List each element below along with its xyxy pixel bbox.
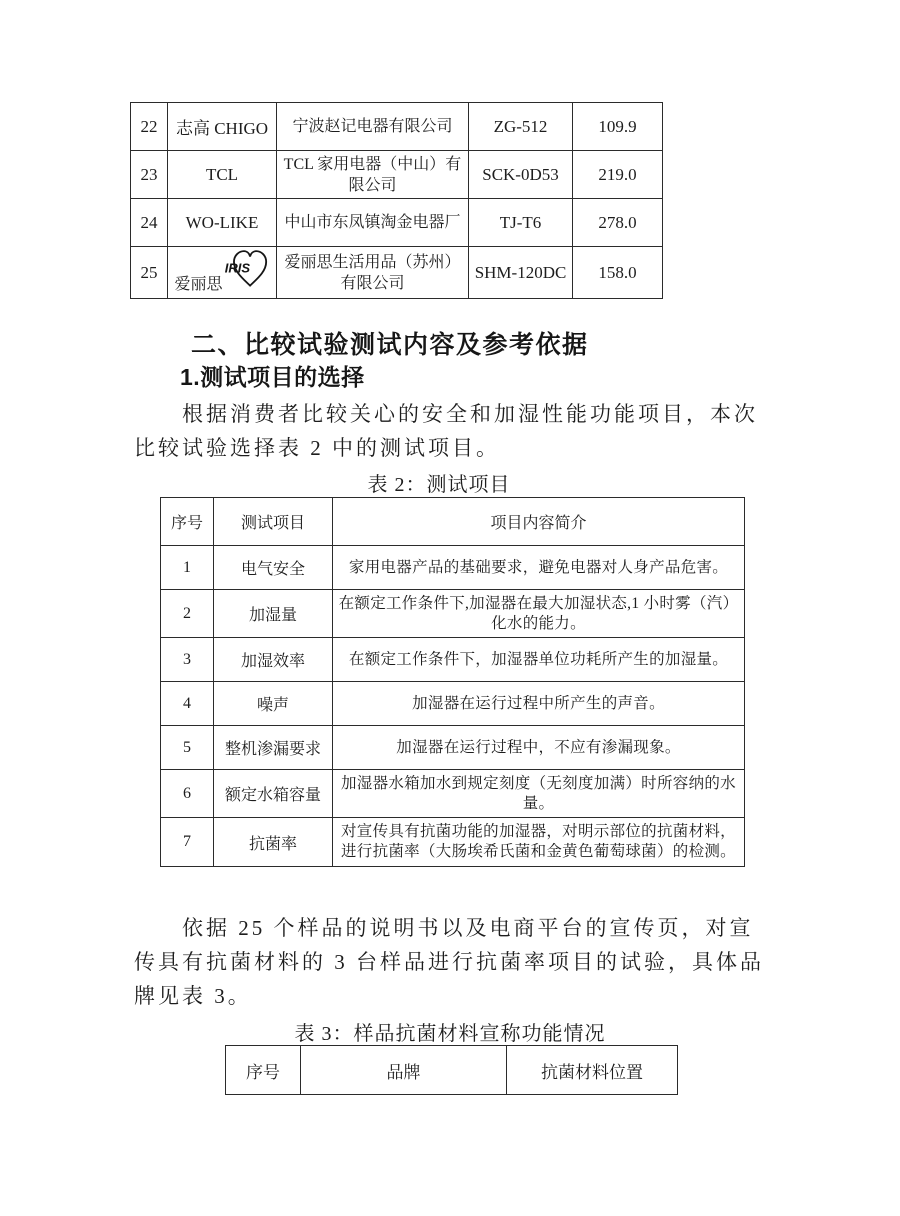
table2-caption: 表 2：测试项目 xyxy=(158,468,720,497)
cell-model: ZG-512 xyxy=(469,103,573,151)
table-row: 22 志高 CHIGO 宁波赵记电器有限公司 ZG-512 109.9 xyxy=(131,103,663,151)
paragraph-test-selection: 根据消费者比较关心的安全和加湿性能功能项目，本次 比较试验选择表 2 中的测试项… xyxy=(134,397,794,465)
cell-description: 在额定工作条件下,加湿器在最大加湿状态,1 小时雾（汽） 化水的能力。 xyxy=(333,590,745,638)
cell-test-item: 加湿效率 xyxy=(214,638,333,682)
table-row: 23 TCL TCL 家用电器（中山）有 限公司 SCK-0D53 219.0 xyxy=(131,151,663,199)
header-test-item: 测试项目 xyxy=(214,498,333,546)
header-description: 项目内容简介 xyxy=(333,498,745,546)
header-brand: 品牌 xyxy=(301,1046,507,1095)
cell-description: 在额定工作条件下，加湿器单位功耗所产生的加湿量。 xyxy=(333,638,745,682)
table-row: 2 加湿量 在额定工作条件下,加湿器在最大加湿状态,1 小时雾（汽） 化水的能力… xyxy=(161,590,745,638)
cell-test-item: 额定水箱容量 xyxy=(214,770,333,818)
cell-manufacturer: 中山市东凤镇淘金电器厂 xyxy=(277,199,469,247)
cell-model: TJ-T6 xyxy=(469,199,573,247)
cell-serial: 5 xyxy=(161,726,214,770)
cell-test-item: 噪声 xyxy=(214,682,333,726)
cell-serial: 7 xyxy=(161,818,214,867)
cell-serial: 6 xyxy=(161,770,214,818)
cell-model: SCK-0D53 xyxy=(469,151,573,199)
cell-serial: 23 xyxy=(131,151,168,199)
cell-description: 家用电器产品的基础要求，避免电器对人身产品危害。 xyxy=(333,546,745,590)
cell-test-item: 加湿量 xyxy=(214,590,333,638)
cell-test-item: 电气安全 xyxy=(214,546,333,590)
table3-caption: 表 3：样品抗菌材料宣称功能情况 xyxy=(224,1017,676,1046)
table-row: 5 整机渗漏要求 加湿器在运行过程中，不应有渗漏现象。 xyxy=(161,726,745,770)
table-header-row: 序号 测试项目 项目内容简介 xyxy=(161,498,745,546)
iris-heart-logo-icon: IRIS xyxy=(224,248,270,288)
cell-description: 加湿器在运行过程中，不应有渗漏现象。 xyxy=(333,726,745,770)
cell-serial: 4 xyxy=(161,682,214,726)
svg-text:IRIS: IRIS xyxy=(224,261,250,276)
cell-brand: WO-LIKE xyxy=(168,199,277,247)
cell-price: 158.0 xyxy=(573,247,663,299)
table-row: 6 额定水箱容量 加湿器水箱加水到规定刻度（无刻度加满）时所容纳的水 量。 xyxy=(161,770,745,818)
cell-serial: 1 xyxy=(161,546,214,590)
cell-price: 109.9 xyxy=(573,103,663,151)
brand-name: 爱丽思 xyxy=(174,271,222,294)
cell-serial: 3 xyxy=(161,638,214,682)
cell-brand: TCL xyxy=(168,151,277,199)
cell-serial: 24 xyxy=(131,199,168,247)
table-row: 24 WO-LIKE 中山市东凤镇淘金电器厂 TJ-T6 278.0 xyxy=(131,199,663,247)
test-items-table: 序号 测试项目 项目内容简介 1 电气安全 家用电器产品的基础要求，避免电器对人… xyxy=(160,497,745,867)
header-antibacterial-location: 抗菌材料位置 xyxy=(507,1046,678,1095)
header-serial: 序号 xyxy=(161,498,214,546)
section-heading: 二、比较试验测试内容及参考依据 xyxy=(191,325,589,361)
table-row: 3 加湿效率 在额定工作条件下，加湿器单位功耗所产生的加湿量。 xyxy=(161,638,745,682)
table-row: 1 电气安全 家用电器产品的基础要求，避免电器对人身产品危害。 xyxy=(161,546,745,590)
cell-brand: 爱丽思 IRIS xyxy=(168,247,277,299)
cell-description: 加湿器在运行过程中所产生的声音。 xyxy=(333,682,745,726)
antibacterial-claim-table: 序号 品牌 抗菌材料位置 xyxy=(225,1045,678,1095)
cell-serial: 22 xyxy=(131,103,168,151)
document-page: 22 志高 CHIGO 宁波赵记电器有限公司 ZG-512 109.9 23 T… xyxy=(0,0,900,1216)
cell-test-item: 抗菌率 xyxy=(214,818,333,867)
cell-brand: 志高 CHIGO xyxy=(168,103,277,151)
cell-description: 加湿器水箱加水到规定刻度（无刻度加满）时所容纳的水 量。 xyxy=(333,770,745,818)
cell-test-item: 整机渗漏要求 xyxy=(214,726,333,770)
table-row: 25 爱丽思 IRIS 爱丽思生活用品（苏州） 有限公司 SHM-120DC 1… xyxy=(131,247,663,299)
cell-price: 278.0 xyxy=(573,199,663,247)
table-header-row: 序号 品牌 抗菌材料位置 xyxy=(226,1046,678,1095)
cell-model: SHM-120DC xyxy=(469,247,573,299)
cell-manufacturer: TCL 家用电器（中山）有 限公司 xyxy=(277,151,469,199)
cell-serial: 25 xyxy=(131,247,168,299)
cell-description: 对宣传具有抗菌功能的加湿器，对明示部位的抗菌材料， 进行抗菌率（大肠埃希氏菌和金… xyxy=(333,818,745,867)
subsection-heading: 1.测试项目的选择 xyxy=(180,359,365,392)
paragraph-antibacterial-samples: 依据 25 个样品的说明书以及电商平台的宣传页，对宣 传具有抗菌材料的 3 台样… xyxy=(134,911,794,1013)
header-serial: 序号 xyxy=(226,1046,301,1095)
cell-manufacturer: 爱丽思生活用品（苏州） 有限公司 xyxy=(277,247,469,299)
sample-price-table: 22 志高 CHIGO 宁波赵记电器有限公司 ZG-512 109.9 23 T… xyxy=(130,102,663,299)
cell-manufacturer: 宁波赵记电器有限公司 xyxy=(277,103,469,151)
table-row: 7 抗菌率 对宣传具有抗菌功能的加湿器，对明示部位的抗菌材料， 进行抗菌率（大肠… xyxy=(161,818,745,867)
table-row: 4 噪声 加湿器在运行过程中所产生的声音。 xyxy=(161,682,745,726)
cell-price: 219.0 xyxy=(573,151,663,199)
cell-serial: 2 xyxy=(161,590,214,638)
